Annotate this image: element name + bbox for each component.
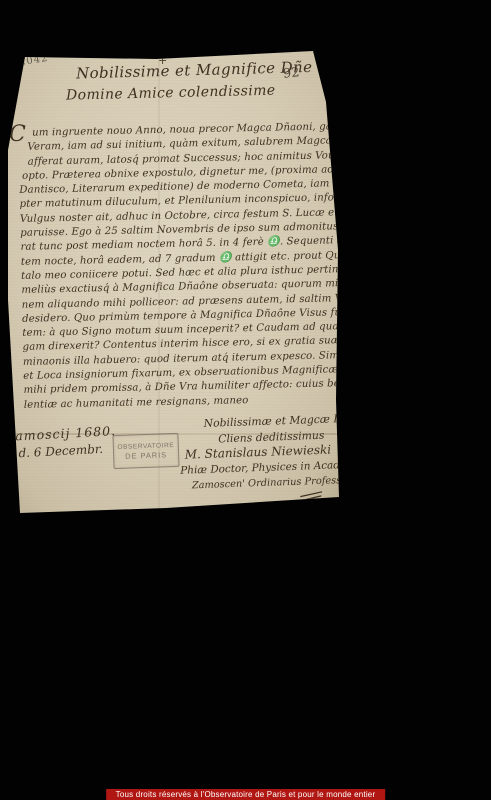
dateline-day-month: d. 6 Decembr. xyxy=(18,441,117,460)
stamp-line2: DE PARIS xyxy=(125,450,167,460)
archival-number: 2042 xyxy=(18,53,49,68)
dateline: Zamoscij 1680. d. 6 Decembr. xyxy=(5,423,117,461)
letter-salutation-line2: Domine Amice colendissime xyxy=(66,82,286,103)
closing-signature-block: Nobilissimæ et Magcæ Dñis Cliens deditis… xyxy=(177,411,342,509)
manuscript-page: 2042 + 92 Nobilissime et Magnifice Dñe D… xyxy=(6,48,342,516)
copyright-banner: Tous droits réservés à l'Observatoire de… xyxy=(106,789,386,800)
letter-body: um ingruente nouo Anno, noua precor Magc… xyxy=(14,120,344,413)
signature-flourish-icon xyxy=(298,490,324,505)
scan-viewer: 2042 + 92 Nobilissime et Magnifice Dñe D… xyxy=(0,0,491,800)
dateline-place-year: Zamoscij 1680. xyxy=(5,423,116,444)
observatoire-de-paris-stamp: OBSERVATOIRE DE PARIS xyxy=(112,433,179,469)
